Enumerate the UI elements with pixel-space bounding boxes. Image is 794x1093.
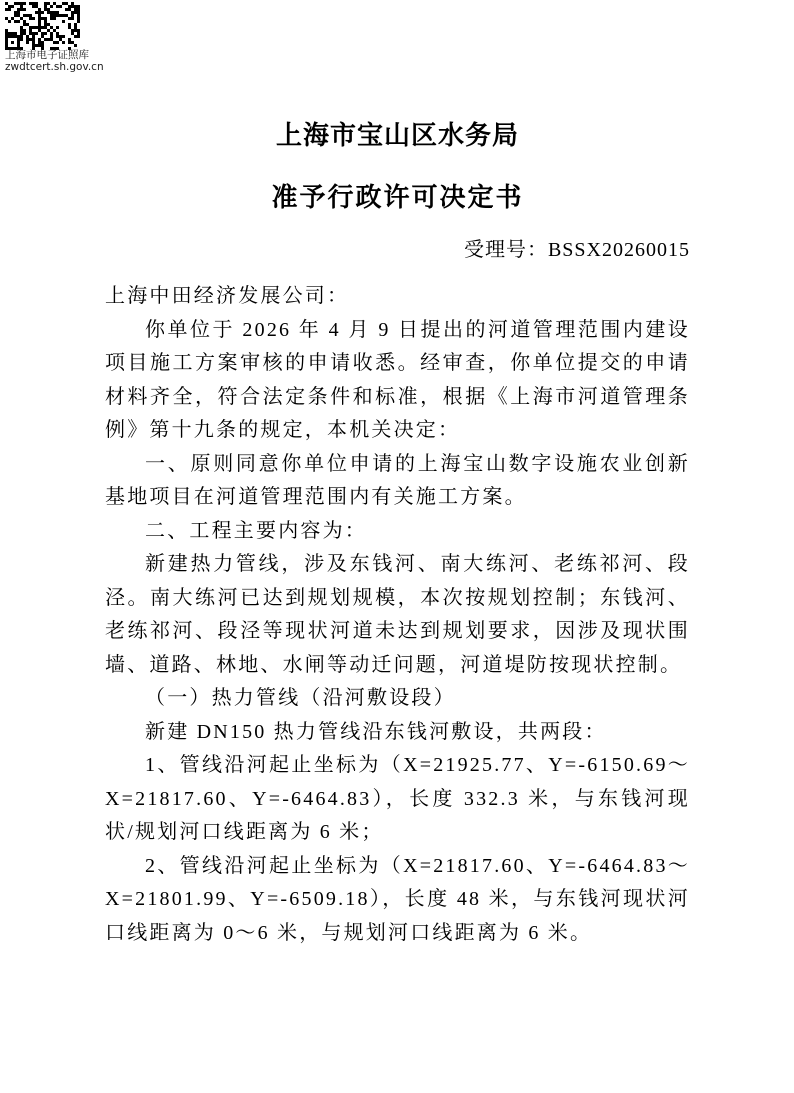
document-body: 上海中田经济发展公司：你单位于 2026 年 4 月 9 日提出的河道管理范围内… [105,280,690,950]
document-page: 上海市电子证照库 zwdtcert.sh.gov.cn 上海市宝山区水务局 准予… [0,0,794,1093]
document-title-agency: 上海市宝山区水务局 [105,121,690,151]
document-title-type: 准予行政许可决定书 [105,183,690,213]
body-paragraph: （一）热力管线（沿河敷设段） [105,682,690,716]
body-paragraph: 上海中田经济发展公司： [105,280,690,314]
body-paragraph: 新建热力管线，涉及东钱河、南大练河、老练祁河、段泾。南大练河已达到规划规模，本次… [105,548,690,682]
body-paragraph: 二、工程主要内容为： [105,515,690,549]
qr-caption-library: 上海市电子证照库 [5,50,105,62]
body-paragraph: 2、管线沿河起止坐标为（X=21817.60、Y=-6464.83～X=2180… [105,850,690,951]
acceptance-label: 受理号： [464,239,548,261]
acceptance-value: BSSX20260015 [548,239,690,261]
qr-code-icon [5,2,80,50]
body-paragraph: 你单位于 2026 年 4 月 9 日提出的河道管理范围内建设项目施工方案审核的… [105,314,690,448]
qr-caption-url: zwdtcert.sh.gov.cn [5,62,105,74]
qr-block: 上海市电子证照库 zwdtcert.sh.gov.cn [5,2,105,73]
acceptance-number-line: 受理号：BSSX20260015 [105,239,690,261]
body-paragraph: 一、原则同意你单位申请的上海宝山数字设施农业创新基地项目在河道管理范围内有关施工… [105,448,690,515]
body-paragraph: 新建 DN150 热力管线沿东钱河敷设，共两段： [105,716,690,750]
document-content: 上海市宝山区水务局 准予行政许可决定书 受理号：BSSX20260015 上海中… [105,0,690,950]
body-paragraph: 1、管线沿河起止坐标为（X=21925.77、Y=-6150.69～X=2181… [105,749,690,850]
